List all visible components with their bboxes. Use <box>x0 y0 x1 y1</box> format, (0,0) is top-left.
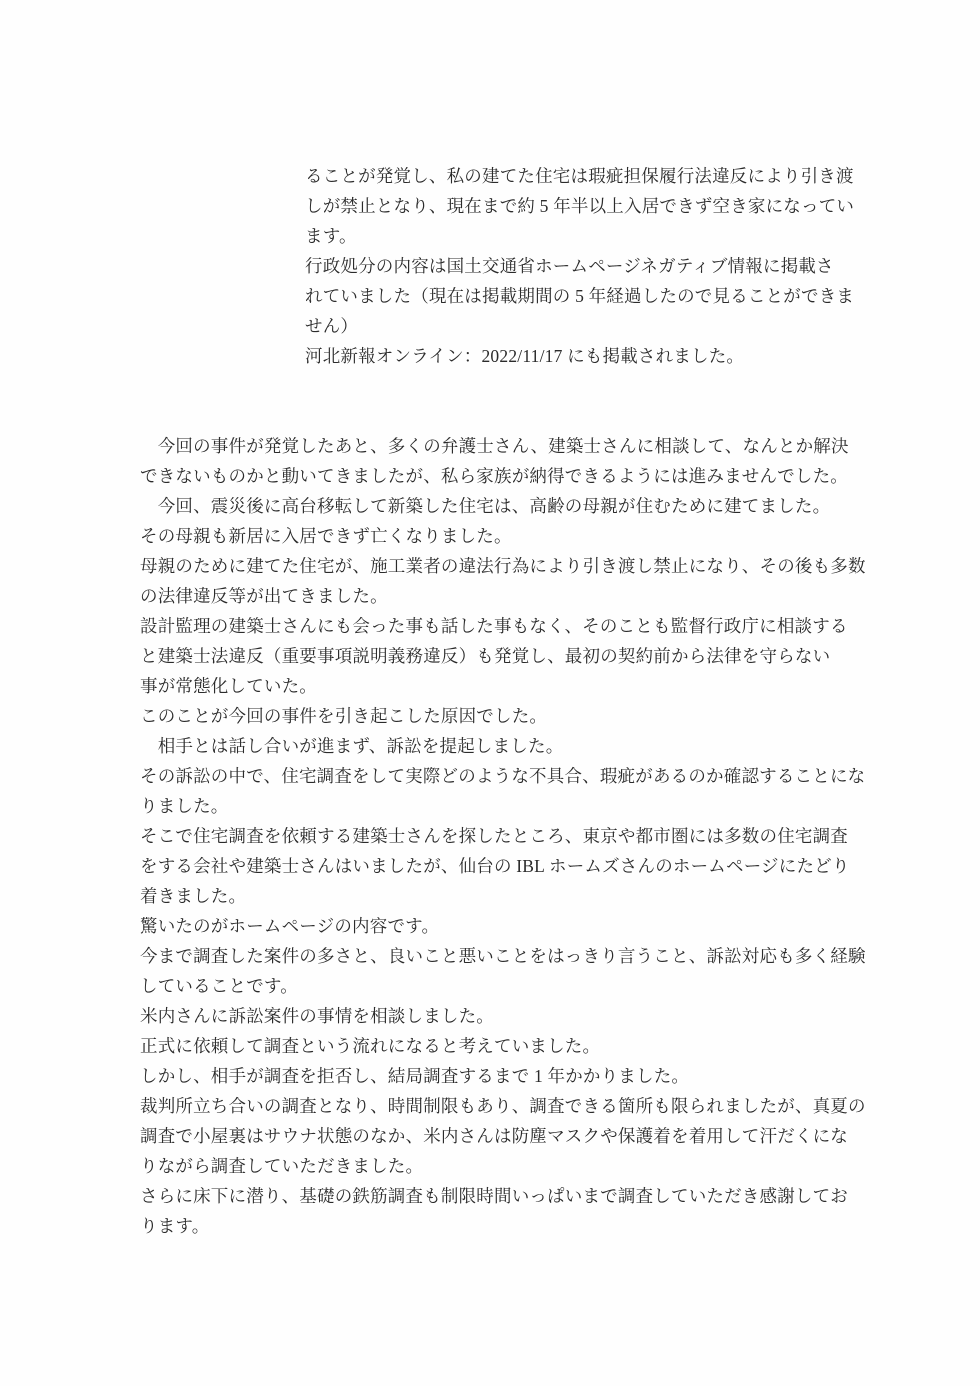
text-line: 行政処分の内容は国土交通省ホームページネガティブ情報に掲載さ <box>305 251 846 281</box>
text-line: りながら調査していただきました。 <box>140 1151 846 1181</box>
text-line: 設計監理の建築士さんにも会った事も話した事もなく、そのことも監督行政庁に相談する <box>140 611 846 641</box>
text-line: 着きました。 <box>140 881 846 911</box>
text-line: の法律違反等が出てきました。 <box>140 581 846 611</box>
document-page: ることが発覚し、私の建てた住宅は瑕疵担保履行法違反により引き渡 しが禁止となり、… <box>0 0 980 1386</box>
text-line: せん） <box>305 311 846 341</box>
text-line: をする会社や建築士さんはいましたが、仙台の IBL ホームズさんのホームページに… <box>140 851 846 881</box>
text-line: 相手とは話し合いが進まず、訴訟を提起しました。 <box>140 731 846 761</box>
text-line: 裁判所立ち合いの調査となり、時間制限もあり、調査できる箇所も限られましたが、真夏… <box>140 1091 846 1121</box>
text-line: していることです。 <box>140 971 846 1001</box>
testimonial-body-block: 今回の事件が発覚したあと、多くの弁護士さん、建築士さんに相談して、なんとか解決 … <box>140 431 846 1241</box>
text-line: 事が常態化していた。 <box>140 671 846 701</box>
text-line: 河北新報オンライン：2022/11/17 にも掲載されました。 <box>305 341 846 371</box>
text-line: ることが発覚し、私の建てた住宅は瑕疵担保履行法違反により引き渡 <box>305 161 846 191</box>
text-line: このことが今回の事件を引き起こした原因でした。 <box>140 701 846 731</box>
text-line: さらに床下に潜り、基礎の鉄筋調査も制限時間いっぱいまで調査していただき感謝してお <box>140 1181 846 1211</box>
text-line: しかし、相手が調査を拒否し、結局調査するまで 1 年かかりました。 <box>140 1061 846 1091</box>
text-line: 調査で小屋裏はサウナ状態のなか、米内さんは防塵マスクや保護着を着用して汗だくにな <box>140 1121 846 1151</box>
text-line: その訴訟の中で、住宅調査をして実際どのような不具合、瑕疵があるのか確認することに… <box>140 761 846 791</box>
text-line: そこで住宅調査を依頼する建築士さんを探したところ、東京や都市圏には多数の住宅調査 <box>140 821 846 851</box>
text-line: ます。 <box>305 221 846 251</box>
document-content: ることが発覚し、私の建てた住宅は瑕疵担保履行法違反により引き渡 しが禁止となり、… <box>140 161 846 1241</box>
quoted-continuation-block: ることが発覚し、私の建てた住宅は瑕疵担保履行法違反により引き渡 しが禁止となり、… <box>305 161 846 371</box>
text-line: 驚いたのがホームページの内容です。 <box>140 911 846 941</box>
text-line: しが禁止となり、現在まで約 5 年半以上入居できず空き家になってい <box>305 191 846 221</box>
text-line: 正式に依頼して調査という流れになると考えていました。 <box>140 1031 846 1061</box>
text-line: ります。 <box>140 1211 846 1241</box>
text-line: 今まで調査した案件の多さと、良いこと悪いことをはっきり言うこと、訴訟対応も多く経… <box>140 941 846 971</box>
text-line: と建築士法違反（重要事項説明義務違反）も発覚し、最初の契約前から法律を守らない <box>140 641 846 671</box>
text-line: りました。 <box>140 791 846 821</box>
text-line: できないものかと動いてきましたが、私ら家族が納得できるようには進みませんでした。 <box>140 461 846 491</box>
text-line: 米内さんに訴訟案件の事情を相談しました。 <box>140 1001 846 1031</box>
text-line: れていました（現在は掲載期間の 5 年経過したので見ることができま <box>305 281 846 311</box>
text-line: その母親も新居に入居できず亡くなりました。 <box>140 521 846 551</box>
text-line: 母親のために建てた住宅が、施工業者の違法行為により引き渡し禁止になり、その後も多… <box>140 551 846 581</box>
text-line: 今回、震災後に高台移転して新築した住宅は、高齢の母親が住むために建てました。 <box>140 491 846 521</box>
text-line: 今回の事件が発覚したあと、多くの弁護士さん、建築士さんに相談して、なんとか解決 <box>140 431 846 461</box>
